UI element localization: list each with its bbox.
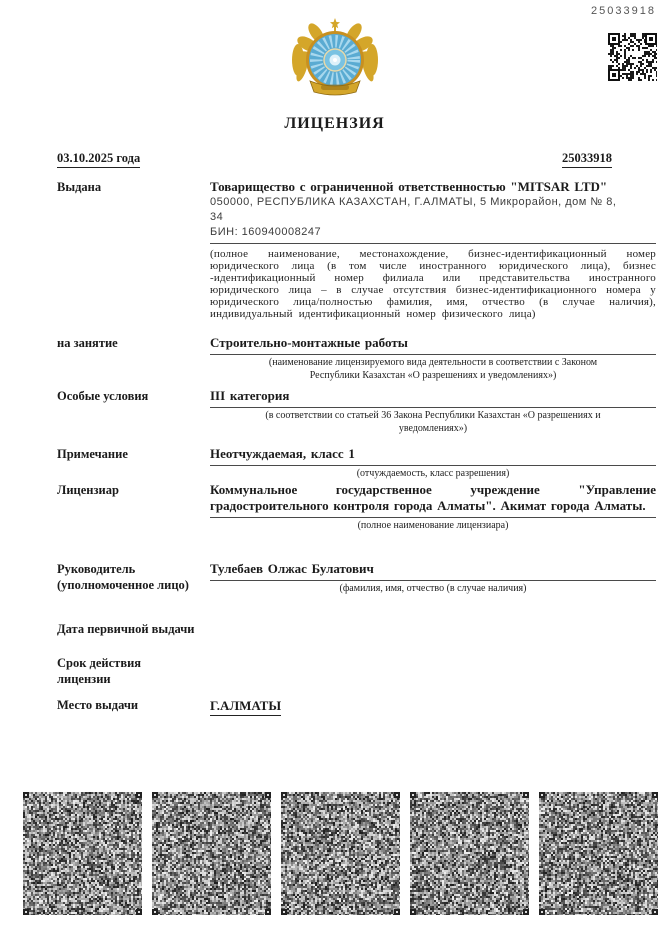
- field-value: [210, 655, 656, 687]
- field-value: [257, 621, 656, 637]
- row-activity: на занятие Строительно-монтажные работы …: [57, 335, 656, 382]
- field-label: Дата первичной выдачи: [57, 621, 257, 637]
- field-value: Коммунальное государственное учреждение …: [210, 482, 656, 514]
- field-value-company: Товарищество с ограниченной ответственно…: [210, 179, 656, 195]
- signature-barcode: [410, 792, 529, 915]
- row-note: Примечание Неотчуждаемая, класс 1 (отчуж…: [57, 446, 656, 481]
- field-label: Лицензиар: [57, 482, 210, 533]
- field-value: Тулебаев Олжас Булатович: [210, 561, 656, 577]
- field-rule: [210, 465, 656, 466]
- corner-document-number: 25033918: [591, 5, 656, 17]
- field-value-address: 050000, РЕСПУБЛИКА КАЗАХСТАН, Г.АЛМАТЫ, …: [210, 195, 656, 225]
- field-caption: (фамилия, имя, отчество (в случае наличи…: [210, 583, 656, 596]
- field-value: III категория: [210, 388, 656, 404]
- field-label: Выдана: [57, 179, 210, 320]
- signature-barcode: [152, 792, 271, 915]
- signature-barcode: [23, 792, 142, 915]
- field-value: Строительно-монтажные работы: [210, 335, 656, 351]
- row-first-issue-date: Дата первичной выдачи: [57, 621, 656, 637]
- field-caption: (полное наименование, местонахождение, б…: [210, 248, 656, 320]
- qr-code-image: [608, 33, 657, 81]
- field-caption: (наименование лицензируемого вида деятел…: [243, 357, 623, 382]
- kazakhstan-emblem-icon: [292, 18, 378, 101]
- row-licensor: Лицензиар Коммунальное государственное у…: [57, 482, 656, 533]
- row-issue-place: Место выдачи Г.АЛМАТЫ: [57, 697, 656, 716]
- field-label: Место выдачи: [57, 697, 210, 716]
- field-rule: [210, 407, 656, 408]
- field-caption: (в соответствии со статьей 36 Закона Рес…: [243, 410, 623, 435]
- field-rule: [210, 354, 656, 355]
- field-caption: (отчуждаемость, класс разрешения): [210, 468, 656, 481]
- field-label: Особые условия: [57, 388, 210, 435]
- issue-date: 03.10.2025 года: [57, 151, 140, 168]
- row-head: Руководитель (уполномоченное лицо) Тулеб…: [57, 561, 656, 596]
- field-rule: [210, 243, 656, 244]
- field-label: Руководитель (уполномоченное лицо): [57, 561, 210, 596]
- license-title: ЛИЦЕНЗИЯ: [0, 115, 669, 133]
- field-value: Неотчуждаемая, класс 1: [210, 446, 656, 462]
- field-caption: (полное наименование лицензиара): [210, 520, 656, 533]
- signature-barcodes: [23, 792, 658, 915]
- signature-barcode: [281, 792, 400, 915]
- row-validity: Срок действия лицензии: [57, 655, 656, 687]
- field-label: Примечание: [57, 446, 210, 481]
- field-rule: [210, 580, 656, 581]
- row-special-conditions: Особые условия III категория (в соответс…: [57, 388, 656, 435]
- field-label: Срок действия лицензии: [57, 655, 167, 687]
- license-document: 25033918: [0, 0, 669, 944]
- field-rule: [210, 517, 656, 518]
- license-number: 25033918: [562, 151, 612, 168]
- field-value: Г.АЛМАТЫ: [210, 698, 281, 716]
- field-label: на занятие: [57, 335, 210, 382]
- date-number-row: 03.10.2025 года 25033918: [57, 151, 612, 168]
- field-value-bin: БИН: 160940008247: [210, 225, 656, 240]
- signature-barcode: [539, 792, 658, 915]
- row-issued-to: Выдана Товарищество с ограниченной ответ…: [57, 179, 656, 320]
